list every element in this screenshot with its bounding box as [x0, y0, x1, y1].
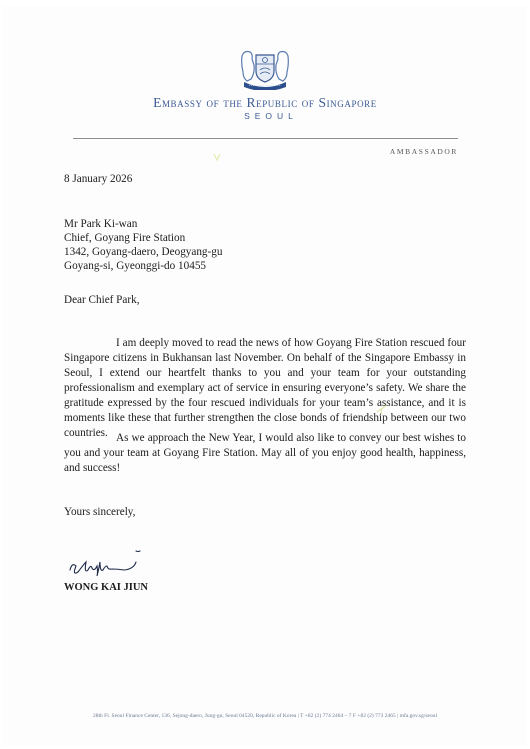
paragraph-text: I am deeply moved to read the news of ho…	[64, 337, 466, 439]
letter-date: 8 January 2026	[64, 172, 132, 187]
sender-title: AMBASSADOR	[390, 147, 458, 156]
body-paragraph: I am deeply moved to read the news of ho…	[64, 336, 466, 441]
salutation: Dear Chief Park,	[64, 293, 140, 308]
recipient-address: Mr Park Ki-wan Chief, Goyang Fire Statio…	[64, 217, 222, 273]
recipient-line: Chief, Goyang Fire Station	[64, 231, 222, 245]
recipient-line: Goyang-si, Gyeonggi-do 10455	[64, 259, 222, 273]
embassy-city: SEOUL	[0, 111, 530, 121]
embassy-name: Embassy of the Republic of Singapore	[0, 95, 530, 111]
letterhead-divider	[73, 138, 458, 139]
coat-of-arms-icon	[236, 48, 294, 90]
body-paragraph: As we approach the New Year, I would als…	[64, 431, 466, 476]
recipient-line: 1342, Goyang-daero, Deogyang-gu	[64, 245, 222, 259]
closing: Yours sincerely,	[64, 505, 135, 520]
signatory-name: WONG KAI JIUN	[64, 580, 148, 595]
signature-icon	[66, 548, 166, 578]
highlighter-mark	[212, 152, 222, 162]
recipient-line: Mr Park Ki-wan	[64, 217, 222, 231]
footer-contact: 28th Fl. Seoul Finance Center, 136, Sejo…	[0, 713, 530, 719]
paragraph-text: As we approach the New Year, I would als…	[64, 432, 466, 474]
